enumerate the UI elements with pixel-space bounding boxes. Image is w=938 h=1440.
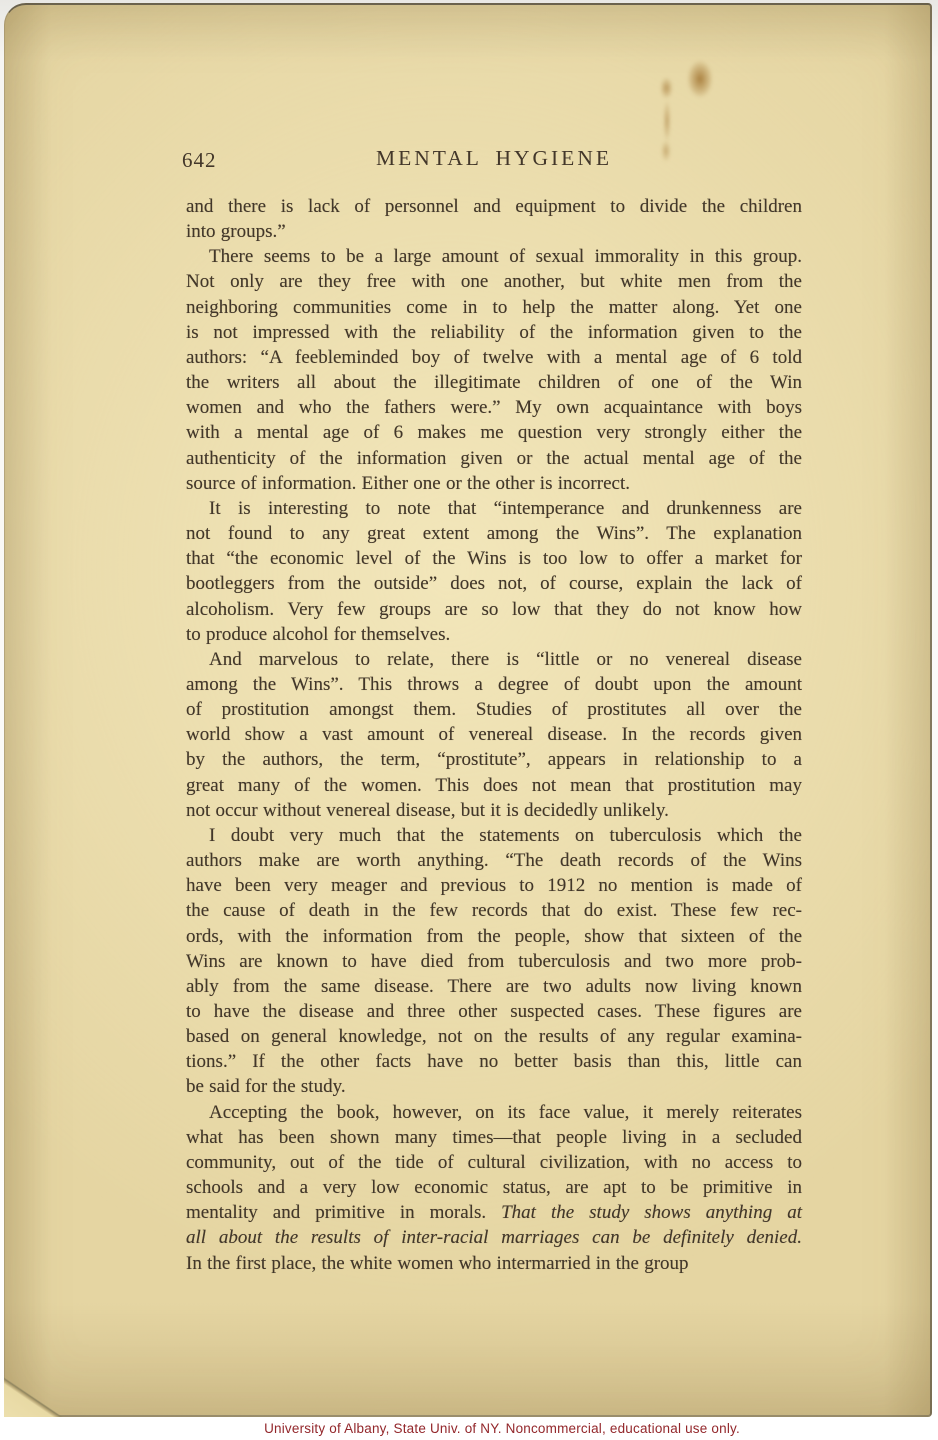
text-line: based on general knowledge, not on the r…	[186, 1024, 802, 1049]
text-segment: There seems to be a large amount of sexu…	[209, 246, 802, 267]
text-line: great many of the women. This does not m…	[186, 773, 802, 798]
text-segment: by the authors, the term, “prostitute”, …	[186, 749, 802, 770]
text-line: Accepting the book, however, on its face…	[186, 1100, 802, 1125]
text-line: have been very meager and previous to 19…	[186, 873, 802, 898]
text-block: and there is lack of personnel and equip…	[186, 194, 802, 1276]
text-segment: I doubt very much that the statements on…	[209, 825, 802, 846]
text-segment: to produce alcohol for themselves.	[186, 624, 450, 645]
paragraph: and there is lack of personnel and equip…	[186, 194, 802, 244]
text-segment: authenticity of the information given or…	[186, 448, 802, 469]
text-line: And marvelous to relate, there is “littl…	[186, 647, 802, 672]
text-line: schools and a very low economic status, …	[186, 1175, 802, 1200]
text-segment: mentality and primitive in morals.	[186, 1202, 501, 1223]
text-segment: bootleggers from the outside” does not, …	[186, 573, 802, 594]
text-line: be said for the study.	[186, 1074, 802, 1099]
text-line: the cause of death in the few records th…	[186, 898, 802, 923]
italic-text-segment: all about the results of inter-racial ma…	[186, 1227, 802, 1248]
paragraph: There seems to be a large amount of sexu…	[186, 244, 802, 496]
stain-mark	[687, 60, 713, 98]
text-line: is not impressed with the reliability of…	[186, 320, 802, 345]
text-line: into groups.”	[186, 219, 802, 244]
text-segment: based on general knowledge, not on the r…	[186, 1026, 802, 1047]
text-line: There seems to be a large amount of sexu…	[186, 244, 802, 269]
text-line: ords, with the information from the peop…	[186, 924, 802, 949]
stain-mark	[663, 100, 671, 142]
text-line: It is interesting to note that “intemper…	[186, 496, 802, 521]
text-segment: alcoholism. Very few groups are so low t…	[186, 599, 802, 620]
text-segment: And marvelous to relate, there is “littl…	[209, 649, 802, 670]
text-line: not occur without venereal disease, but …	[186, 798, 802, 823]
text-segment: women and who the fathers were.” My own …	[186, 397, 802, 418]
paragraph: I doubt very much that the statements on…	[186, 823, 802, 1100]
text-segment: with a mental age of 6 makes me question…	[186, 422, 802, 443]
text-line: neighboring communities come in to help …	[186, 295, 802, 320]
text-segment: that “the economic level of the Wins is …	[186, 548, 802, 569]
text-line: what has been shown many times—that peop…	[186, 1125, 802, 1150]
text-line: community, out of the tide of cultural c…	[186, 1150, 802, 1175]
text-line: of prostitution amongst them. Studies of…	[186, 697, 802, 722]
watermark-bar: University of Albany, State Univ. of NY.…	[0, 1417, 938, 1440]
text-segment: ords, with the information from the peop…	[186, 926, 802, 947]
text-line: world show a vast amount of venereal dis…	[186, 722, 802, 747]
text-segment: is not impressed with the reliability of…	[186, 322, 802, 343]
paragraph: Accepting the book, however, on its face…	[186, 1100, 802, 1276]
text-segment: authors: “A feebleminded boy of twelve w…	[186, 347, 802, 368]
text-line: women and who the fathers were.” My own …	[186, 395, 802, 420]
text-line: with a mental age of 6 makes me question…	[186, 420, 802, 445]
text-segment: and there is lack of personnel and equip…	[186, 196, 802, 217]
text-segment: community, out of the tide of cultural c…	[186, 1152, 802, 1173]
text-segment: world show a vast amount of venereal dis…	[186, 724, 802, 745]
text-segment: In the first place, the white women who …	[186, 1253, 689, 1274]
text-segment: among the Wins”. This throws a degree of…	[186, 674, 802, 695]
scan-background: 642 MENTAL HYGIENE and there is lack of …	[0, 0, 938, 1440]
text-segment: the cause of death in the few records th…	[186, 900, 802, 921]
text-segment: It is interesting to note that “intemper…	[209, 498, 802, 519]
text-segment: of prostitution amongst them. Studies of…	[186, 699, 802, 720]
text-line: that “the economic level of the Wins is …	[186, 546, 802, 571]
paragraph: And marvelous to relate, there is “littl…	[186, 647, 802, 823]
text-segment: neighboring communities come in to help …	[186, 297, 802, 318]
text-line: and there is lack of personnel and equip…	[186, 194, 802, 219]
text-line: to produce alcohol for themselves.	[186, 622, 802, 647]
text-segment: not found to any great extent among the …	[186, 523, 802, 544]
text-segment: tions.” If the other facts have no bette…	[186, 1051, 802, 1072]
running-head: MENTAL HYGIENE	[186, 146, 802, 171]
text-line: authors: “A feebleminded boy of twelve w…	[186, 345, 802, 370]
text-segment: schools and a very low economic status, …	[186, 1177, 802, 1198]
text-segment: source of information. Either one or the…	[186, 473, 630, 494]
text-segment: the writers all about the illegitimate c…	[186, 372, 802, 393]
text-line: tions.” If the other facts have no bette…	[186, 1049, 802, 1074]
folded-corner	[4, 1373, 68, 1417]
text-line: Not only are they free with one another,…	[186, 269, 802, 294]
text-segment: great many of the women. This does not m…	[186, 775, 802, 796]
text-line: authenticity of the information given or…	[186, 446, 802, 471]
text-segment: to have the disease and three other susp…	[186, 1001, 802, 1022]
text-line: all about the results of inter-racial ma…	[186, 1225, 802, 1250]
text-line: source of information. Either one or the…	[186, 471, 802, 496]
text-segment: Not only are they free with one another,…	[186, 271, 802, 292]
text-segment: Accepting the book, however, on its face…	[209, 1102, 802, 1123]
stain-mark	[660, 77, 673, 99]
text-line: by the authors, the term, “prostitute”, …	[186, 747, 802, 772]
text-line: bootleggers from the outside” does not, …	[186, 571, 802, 596]
text-segment: not occur without venereal disease, but …	[186, 800, 669, 821]
text-line: not found to any great extent among the …	[186, 521, 802, 546]
text-line: I doubt very much that the statements on…	[186, 823, 802, 848]
text-segment: Wins are known to have died from tubercu…	[186, 951, 802, 972]
text-segment: authors make are worth anything. “The de…	[186, 850, 802, 871]
text-line: the writers all about the illegitimate c…	[186, 370, 802, 395]
text-segment: have been very meager and previous to 19…	[186, 875, 802, 896]
text-line: authors make are worth anything. “The de…	[186, 848, 802, 873]
text-line: Wins are known to have died from tubercu…	[186, 949, 802, 974]
text-line: to have the disease and three other susp…	[186, 999, 802, 1024]
text-line: mentality and primitive in morals. That …	[186, 1200, 802, 1225]
text-segment: into groups.”	[186, 221, 286, 242]
text-line: among the Wins”. This throws a degree of…	[186, 672, 802, 697]
paragraph: It is interesting to note that “intemper…	[186, 496, 802, 647]
watermark-text: University of Albany, State Univ. of NY.…	[198, 1421, 740, 1436]
text-segment: be said for the study.	[186, 1076, 346, 1097]
text-segment: ably from the same disease. There are tw…	[186, 976, 802, 997]
italic-text-segment: That the study shows anything at	[501, 1202, 802, 1223]
text-line: ably from the same disease. There are tw…	[186, 974, 802, 999]
text-line: In the first place, the white women who …	[186, 1251, 802, 1276]
text-line: alcoholism. Very few groups are so low t…	[186, 597, 802, 622]
text-segment: what has been shown many times—that peop…	[186, 1127, 802, 1148]
